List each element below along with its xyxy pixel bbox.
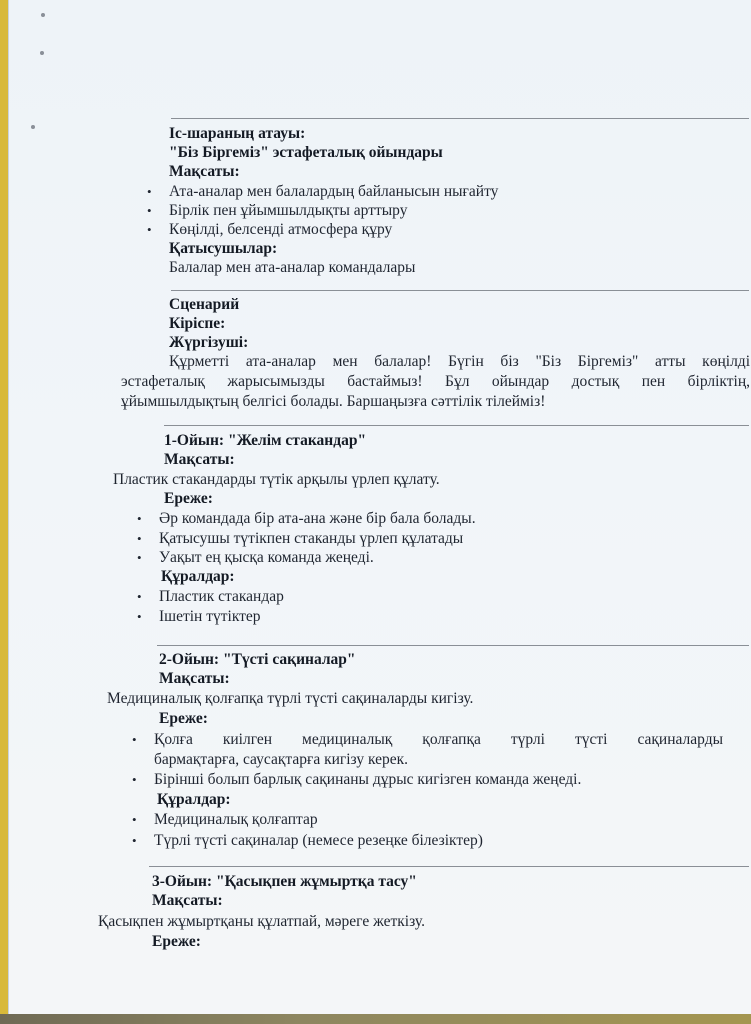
rule-item: Қатысушы түтікпен стаканды үрлеп құлатад…	[159, 529, 463, 548]
host-speech-line: ұйымшылдықтың белгісі болады. Баршаңызға…	[121, 392, 545, 411]
game-goal-label: Мақсаты:	[159, 669, 230, 688]
participants-label: Қатысушылар:	[169, 239, 277, 258]
game-rules-label: Ереже:	[159, 709, 208, 728]
tool-item: Түрлі түсті сақиналар (немесе резеңке бі…	[154, 831, 483, 850]
tool-item: Ішетін түтіктер	[159, 607, 261, 626]
goal-item: Бірлік пен ұйымшылдықты арттыру	[169, 201, 407, 220]
rule-item: Әр командада бір ата-ана және бір бала б…	[159, 509, 476, 528]
game-title: 2-Ойын: "Түсті сақиналар"	[159, 650, 356, 669]
table-edge	[0, 1014, 751, 1024]
event-name-label: Іс-шараның атауы:	[169, 124, 305, 143]
intro-label: Кіріспе:	[169, 314, 225, 333]
rule-item: Қолға киілген медициналық қолғапқа түрлі…	[154, 730, 723, 749]
game-rules-label: Ереже:	[164, 489, 213, 508]
tool-item: Медициналық қолғаптар	[154, 810, 318, 829]
section-divider	[149, 866, 749, 867]
game-goal: Пластик стакандарды түтік арқылы үрлеп қ…	[113, 470, 440, 489]
goal-item: Ата-аналар мен балалардың байланысын нығ…	[169, 182, 498, 201]
participants-text: Балалар мен ата-аналар командалары	[169, 258, 415, 277]
game-goal-label: Мақсаты:	[164, 450, 235, 469]
game-goal-label: Мақсаты:	[152, 891, 223, 910]
rule-item: Бірінші болып барлық сақинаны дұрыс кигі…	[154, 770, 581, 789]
game-tools-label: Құралдар:	[161, 567, 235, 586]
scenario-title: Сценарий	[169, 295, 239, 314]
host-speech-line: Құрметті ата-аналар мен балалар! Бүгін б…	[169, 352, 750, 371]
goals-label: Мақсаты:	[169, 162, 240, 181]
document-page: Іс-шараның атауы: "Біз Біргеміз" эстафет…	[8, 0, 751, 1016]
section-divider	[171, 118, 749, 119]
event-name: "Біз Біргеміз" эстафеталық ойындары	[169, 143, 443, 162]
host-label: Жүргізуші:	[169, 333, 248, 352]
rule-item: Уақыт ең қысқа команда жеңеді.	[159, 548, 374, 567]
game-goal: Медициналық қолғапқа түрлі түсті сақинал…	[107, 689, 473, 708]
section-divider	[164, 425, 749, 426]
goal-item: Көңілді, белсенді атмосфера құру	[169, 220, 392, 239]
punch-hole-mark	[40, 51, 44, 55]
game-tools-label: Құралдар:	[157, 790, 231, 809]
tool-item: Пластик стакандар	[159, 587, 284, 606]
punch-hole-mark	[41, 13, 45, 17]
game-title: 3-Ойын: "Қасықпен жұмыртқа тасу"	[152, 872, 417, 891]
rule-item-continuation: бармақтарға, саусақтарға кигізу керек.	[154, 750, 408, 769]
section-divider	[171, 290, 749, 291]
host-speech-line: эстафеталық жарысымызды бастаймыз! Бұл о…	[121, 372, 750, 391]
punch-hole-mark	[31, 125, 35, 129]
game-title: 1-Ойын: "Желім стакандар"	[164, 431, 366, 450]
section-divider	[157, 645, 749, 646]
game-rules-label: Ереже:	[152, 932, 201, 951]
game-goal: Қасықпен жұмыртқаны құлатпай, мәреге жет…	[98, 912, 425, 931]
